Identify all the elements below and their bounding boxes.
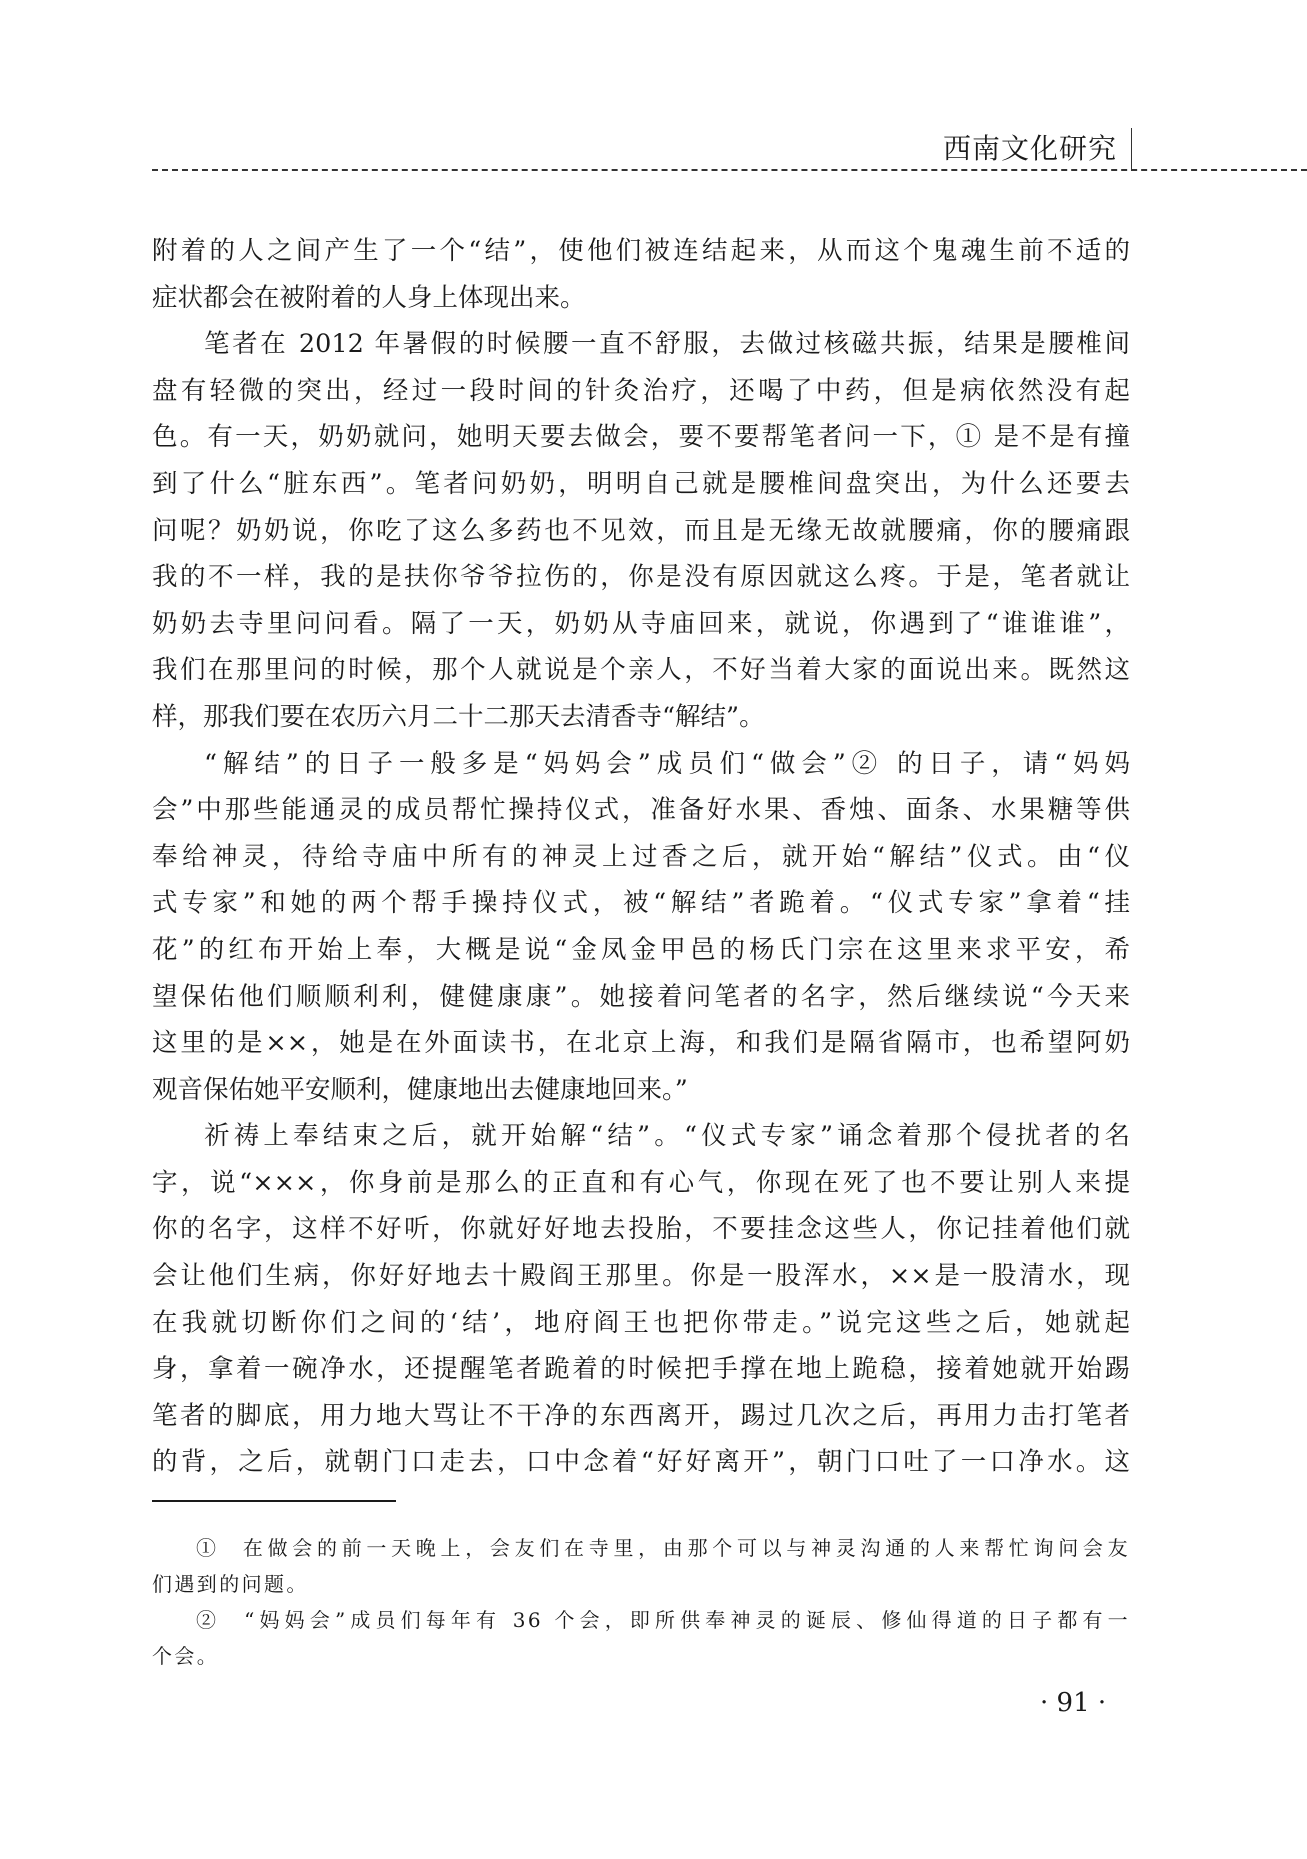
text-line: “解结”的日子一般多是“妈妈会”成员们“做会”② 的日子，请“妈妈 xyxy=(152,741,1130,788)
header-dashed-rule xyxy=(152,169,1307,171)
paragraph-4: 祈祷上奉结束之后，就开始解“结”。“仪式专家”诵念着那个侵扰者的名 字，说“××… xyxy=(152,1113,1130,1486)
text-line: 观音保佑她平安顺利，健康地出去健康地回来。” xyxy=(152,1067,1130,1114)
text-line: 字，说“×××，你身前是那么的正直和有心气，你现在死了也不要让别人来提 xyxy=(152,1160,1130,1207)
text-line: 的背，之后，就朝门口走去，口中念着“好好离开”，朝门口吐了一口净水。这 xyxy=(152,1439,1130,1486)
paragraph-1: 附着的人之间产生了一个“结”，使他们被连结起来，从而这个鬼魂生前不适的 症状都会… xyxy=(152,228,1130,321)
journal-title: 西南文化研究 xyxy=(943,132,1117,166)
footnote-line: ② “妈妈会”成员们每年有 36 个会，即所供奉神灵的诞辰、修仙得道的日子都有一 xyxy=(152,1602,1130,1638)
running-head: 西南文化研究 xyxy=(0,128,1307,172)
text-line: 附着的人之间产生了一个“结”，使他们被连结起来，从而这个鬼魂生前不适的 xyxy=(152,228,1130,275)
body-text: 附着的人之间产生了一个“结”，使他们被连结起来，从而这个鬼魂生前不适的 症状都会… xyxy=(152,228,1130,1486)
text-line: 色。有一天，奶奶就问，她明天要去做会，要不要帮笔者问一下，① 是不是有撞 xyxy=(152,414,1130,461)
footnote-text: 在做会的前一天晚上，会友们在寺里，由那个可以与神灵沟通的人来帮忙询问会友 xyxy=(243,1536,1130,1560)
text-line: 会”中那些能通灵的成员帮忙操持仪式，准备好水果、香烛、面条、水果糖等供 xyxy=(152,787,1130,834)
text-line: 花”的红布开始上奉，大概是说“金凤金甲邑的杨氏门宗在这里来求平安，希 xyxy=(152,927,1130,974)
text-line: 我们在那里问的时候，那个人就说是个亲人，不好当着大家的面说出来。既然这 xyxy=(152,647,1130,694)
paragraph-2: 笔者在 2012 年暑假的时候腰一直不舒服，去做过核磁共振，结果是腰椎间 盘有轻… xyxy=(152,321,1130,740)
text-line: 症状都会在被附着的人身上体现出来。 xyxy=(152,275,1130,322)
header-vertical-rule xyxy=(1131,128,1132,171)
text-line: 笔者在 2012 年暑假的时候腰一直不舒服，去做过核磁共振，结果是腰椎间 xyxy=(152,321,1130,368)
text-line: 样，那我们要在农历六月二十二那天去清香寺“解结”。 xyxy=(152,694,1130,741)
text-line: 你的名字，这样不好听，你就好好地去投胎，不要挂念这些人，你记挂着他们就 xyxy=(152,1206,1130,1253)
footnotes: ① 在做会的前一天晚上，会友们在寺里，由那个可以与神灵沟通的人来帮忙询问会友 们… xyxy=(152,1530,1130,1674)
footnote-1: ① 在做会的前一天晚上，会友们在寺里，由那个可以与神灵沟通的人来帮忙询问会友 们… xyxy=(152,1530,1130,1602)
paragraph-3: “解结”的日子一般多是“妈妈会”成员们“做会”② 的日子，请“妈妈 会”中那些能… xyxy=(152,741,1130,1114)
text-line: 在我就切断你们之间的‘结’，地府阎王也把你带走。”说完这些之后，她就起 xyxy=(152,1300,1130,1347)
text-line: 盘有轻微的突出，经过一段时间的针灸治疗，还喝了中药，但是病依然没有起 xyxy=(152,368,1130,415)
text-line: 问呢？奶奶说，你吃了这么多药也不见效，而且是无缘无故就腰痛，你的腰痛跟 xyxy=(152,508,1130,555)
footnote-separator-rule xyxy=(152,1500,396,1502)
text-line: 奉给神灵，待给寺庙中所有的神灵上过香之后，就开始“解结”仪式。由“仪 xyxy=(152,834,1130,881)
text-line: 这里的是××，她是在外面读书，在北京上海，和我们是隔省隔市，也希望阿奶 xyxy=(152,1020,1130,1067)
footnote-line: 们遇到的问题。 xyxy=(152,1566,1130,1602)
footnote-text: “妈妈会”成员们每年有 36 个会，即所供奉神灵的诞辰、修仙得道的日子都有一 xyxy=(244,1608,1130,1632)
footnote-2: ② “妈妈会”成员们每年有 36 个会，即所供奉神灵的诞辰、修仙得道的日子都有一… xyxy=(152,1602,1130,1674)
footnote-line: ① 在做会的前一天晚上，会友们在寺里，由那个可以与神灵沟通的人来帮忙询问会友 xyxy=(152,1530,1130,1566)
footnote-marker: ② xyxy=(196,1608,221,1632)
footnote-marker: ① xyxy=(196,1536,221,1560)
text-line: 笔者的脚底，用力地大骂让不干净的东西离开，踢过几次之后，再用力击打笔者 xyxy=(152,1393,1130,1440)
text-line: 望保佑他们顺顺利利，健健康康”。她接着问笔者的名字，然后继续说“今天来 xyxy=(152,974,1130,1021)
text-line: 会让他们生病，你好好地去十殿阎王那里。你是一股浑水，××是一股清水，现 xyxy=(152,1253,1130,1300)
text-line: 到了什么“脏东西”。笔者问奶奶，明明自己就是腰椎间盘突出，为什么还要去 xyxy=(152,461,1130,508)
text-line: 我的不一样，我的是扶你爷爷拉伤的，你是没有原因就这么疼。于是，笔者就让 xyxy=(152,554,1130,601)
text-line: 身，拿着一碗净水，还提醒笔者跪着的时候把手撑在地上跪稳，接着她就开始踢 xyxy=(152,1346,1130,1393)
text-line: 祈祷上奉结束之后，就开始解“结”。“仪式专家”诵念着那个侵扰者的名 xyxy=(152,1113,1130,1160)
text-line: 式专家”和她的两个帮手操持仪式，被“解结”者跪着。“仪式专家”拿着“挂 xyxy=(152,880,1130,927)
text-line: 奶奶去寺里问问看。隔了一天，奶奶从寺庙回来，就说，你遇到了“谁谁谁”， xyxy=(152,601,1130,648)
page-number: · 91 · xyxy=(1040,1688,1106,1718)
footnote-line: 个会。 xyxy=(152,1638,1130,1674)
